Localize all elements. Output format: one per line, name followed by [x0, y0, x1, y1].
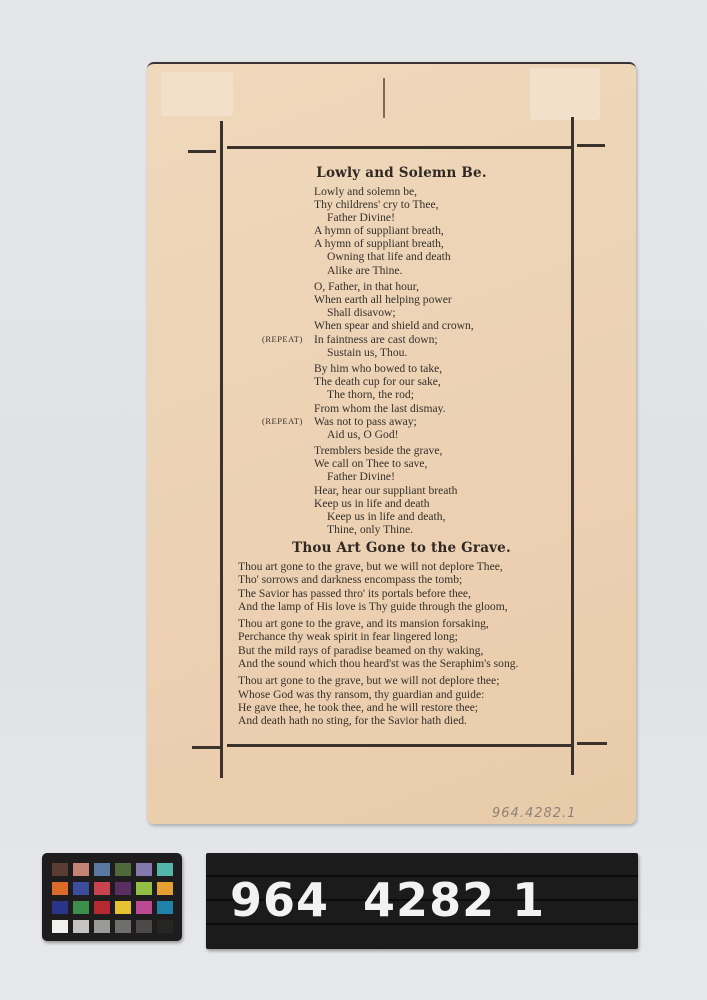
verse-text: A hymn of suppliant breath, [314, 237, 444, 250]
color-swatch [94, 920, 110, 933]
hymn1-body: Lowly and solemn be,Thy childrens' cry t… [314, 185, 564, 539]
hymn2-stanza: Thou art gone to the grave, and its mans… [238, 617, 578, 670]
verse-line: We call on Thee to save, [314, 457, 564, 470]
verse-text: Keep us in life and death, [327, 510, 445, 523]
verse-line: By him who bowed to take, [314, 362, 564, 375]
color-swatch [115, 882, 131, 895]
color-swatch [52, 901, 68, 914]
hymn1-stanza: Lowly and solemn be,Thy childrens' cry t… [314, 185, 564, 277]
color-swatch [157, 863, 173, 876]
tape-residue-left [161, 72, 233, 116]
verse-text: O, Father, in that hour, [314, 280, 419, 293]
verse-line: Father Divine! [314, 470, 564, 483]
verse-line: (REPEAT)In faintness are cast down; [314, 333, 564, 346]
verse-line: A hymn of suppliant breath, [314, 237, 564, 250]
border-rule-top-right-stub [577, 144, 605, 147]
color-swatch [52, 882, 68, 895]
verse-line: And death hath no sting, for the Savior … [238, 714, 578, 727]
verse-text: By him who bowed to take, [314, 362, 442, 375]
color-swatch [136, 863, 152, 876]
verse-line: When earth all helping power [314, 293, 564, 306]
border-rule-bottom-right-stub [577, 742, 607, 745]
hymn1-stanza: By him who bowed to take,The death cup f… [314, 362, 564, 441]
verse-line: He gave thee, he took thee, and he will … [238, 701, 578, 714]
hymn2-body: Thou art gone to the grave, but we will … [238, 560, 578, 732]
verse-line: Thy childrens' cry to Thee, [314, 198, 564, 211]
color-swatch [157, 920, 173, 933]
verse-text: Was not to pass away; [314, 415, 417, 428]
color-swatch [73, 920, 89, 933]
color-swatch [136, 882, 152, 895]
verse-line: Tremblers beside the grave, [314, 444, 564, 457]
hymn2-title: Thou Art Gone to the Grave. [157, 540, 646, 556]
paper-crease [383, 78, 385, 118]
verse-text: Aid us, O God! [327, 428, 399, 441]
verse-line: Thou art gone to the grave, but we will … [238, 560, 578, 573]
verse-text: The thorn, the rod; [327, 388, 414, 401]
verse-line: And the lamp of His love is Thy guide th… [238, 600, 578, 613]
verse-line: Tho' sorrows and darkness encompass the … [238, 573, 578, 586]
verse-line: But the mild rays of paradise beamed on … [238, 644, 578, 657]
hymn1-stanza: O, Father, in that hour,When earth all h… [314, 280, 564, 359]
verse-line: Sustain us, Thou. [314, 346, 564, 359]
handwritten-catalog-number: 964.4282.1 [492, 806, 576, 821]
verse-line: Hear, hear our suppliant breath [314, 484, 564, 497]
verse-text: Thy childrens' cry to Thee, [314, 198, 439, 211]
repeat-note: (REPEAT) [262, 415, 303, 428]
color-swatch [157, 901, 173, 914]
verse-line: The thorn, the rod; [314, 388, 564, 401]
hymn-card: Lowly and Solemn Be. Lowly and solemn be… [147, 62, 636, 824]
verse-text: From whom the last dismay. [314, 402, 446, 415]
verse-text: Hear, hear our suppliant breath [314, 484, 457, 497]
color-checker-chart [42, 853, 182, 941]
catalog-number-text: 964 4282 1 [230, 873, 545, 927]
hymn2-stanza: Thou art gone to the grave, but we will … [238, 674, 578, 727]
verse-line: O, Father, in that hour, [314, 280, 564, 293]
tape-residue-right [530, 68, 600, 120]
verse-line: When spear and shield and crown, [314, 319, 564, 332]
verse-text: We call on Thee to save, [314, 457, 427, 470]
repeat-note: (REPEAT) [262, 333, 303, 346]
color-swatch [136, 901, 152, 914]
verse-line: The Savior has passed thro' its portals … [238, 587, 578, 600]
verse-line: (REPEAT)Was not to pass away; [314, 415, 564, 428]
verse-text: When earth all helping power [314, 293, 452, 306]
hymn2-stanza: Thou art gone to the grave, but we will … [238, 560, 578, 613]
color-swatch [94, 901, 110, 914]
verse-text: In faintness are cast down; [314, 333, 438, 346]
verse-line: Lowly and solemn be, [314, 185, 564, 198]
verse-line: Owning that life and death [314, 250, 564, 263]
color-swatch [94, 863, 110, 876]
verse-line: Thou art gone to the grave, and its mans… [238, 617, 578, 630]
border-rule-left [220, 121, 223, 778]
verse-text: Tremblers beside the grave, [314, 444, 442, 457]
border-rule-top-left-stub [188, 150, 216, 153]
color-swatch [157, 882, 173, 895]
catalog-number-label: 964 4282 1 [206, 853, 638, 949]
verse-text: Shall disavow; [327, 306, 396, 319]
verse-text: Lowly and solemn be, [314, 185, 417, 198]
verse-line: Alike are Thine. [314, 264, 564, 277]
verse-line: Shall disavow; [314, 306, 564, 319]
color-swatch [115, 901, 131, 914]
verse-line: Whose God was thy ransom, thy guardian a… [238, 688, 578, 701]
border-rule-bottom-left-stub [192, 746, 220, 749]
color-swatch [52, 920, 68, 933]
verse-line: The death cup for our sake, [314, 375, 564, 388]
hymn1-title: Lowly and Solemn Be. [157, 165, 646, 181]
color-swatch [73, 863, 89, 876]
color-swatch [73, 901, 89, 914]
verse-line: And the sound which thou heard'st was th… [238, 657, 578, 670]
verse-line: Keep us in life and death [314, 497, 564, 510]
verse-text: Owning that life and death [327, 250, 451, 263]
color-swatch [115, 920, 131, 933]
verse-line: A hymn of suppliant breath, [314, 224, 564, 237]
verse-text: Keep us in life and death [314, 497, 430, 510]
verse-line: From whom the last dismay. [314, 402, 564, 415]
verse-text: Sustain us, Thou. [327, 346, 407, 359]
verse-line: Thine, only Thine. [314, 523, 564, 536]
verse-text: Alike are Thine. [327, 264, 402, 277]
border-rule-top [227, 146, 571, 149]
verse-line: Perchance thy weak spirit in fear linger… [238, 630, 578, 643]
verse-text: Thine, only Thine. [327, 523, 413, 536]
verse-text: Father Divine! [327, 470, 395, 483]
verse-text: Father Divine! [327, 211, 395, 224]
color-swatch [115, 863, 131, 876]
verse-line: Keep us in life and death, [314, 510, 564, 523]
border-rule-bottom [227, 744, 571, 747]
color-swatch [136, 920, 152, 933]
verse-line: Aid us, O God! [314, 428, 564, 441]
color-swatch [52, 863, 68, 876]
color-swatch [73, 882, 89, 895]
verse-line: Father Divine! [314, 211, 564, 224]
color-swatch [94, 882, 110, 895]
verse-text: When spear and shield and crown, [314, 319, 474, 332]
hymn1-stanza: Tremblers beside the grave,We call on Th… [314, 444, 564, 536]
verse-line: Thou art gone to the grave, but we will … [238, 674, 578, 687]
verse-text: A hymn of suppliant breath, [314, 224, 444, 237]
verse-text: The death cup for our sake, [314, 375, 441, 388]
